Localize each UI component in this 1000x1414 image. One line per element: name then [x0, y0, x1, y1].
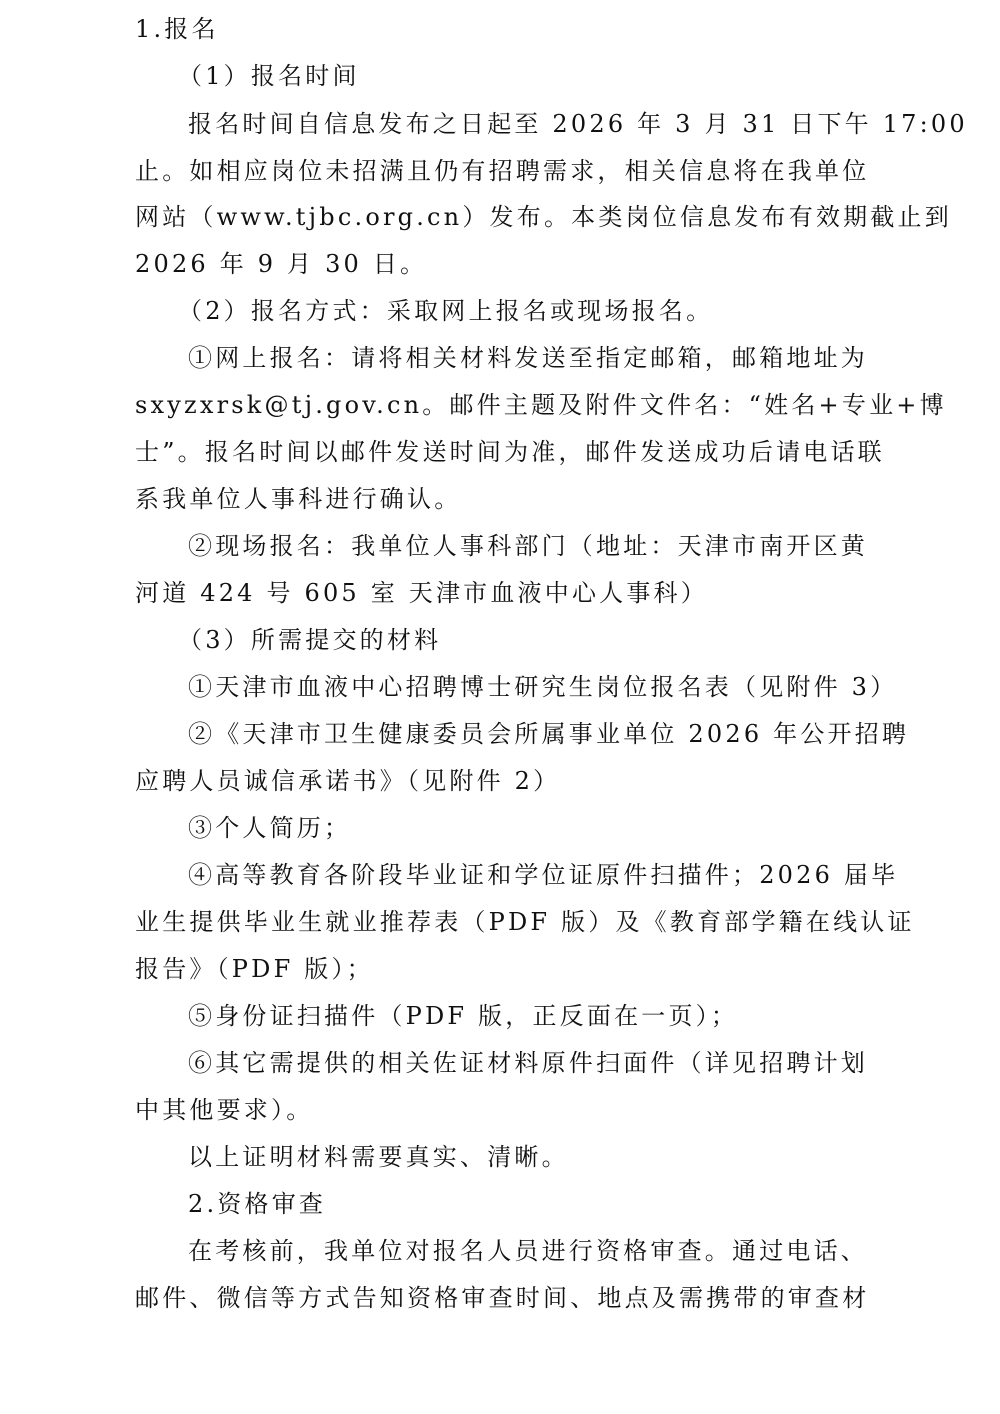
paragraph-line: 报名时间自信息发布之日起至 2026 年 3 月 31 日下午 17:00	[0, 100, 1000, 148]
subheading-registration-method: （2）报名方式：采取网上报名或现场报名。	[0, 287, 1000, 335]
section-heading-registration: 1.报名	[0, 5, 1000, 53]
paragraph-line: 网站（www.tjbc.org.cn）发布。本类岗位信息发布有效期截止到	[0, 193, 1000, 241]
material-text: ②《天津市卫生健康委员会所属事业单位 2026 年公开招聘	[188, 720, 909, 748]
paragraph-line: ①网上报名：请将相关材料发送至指定邮箱，邮箱地址为	[0, 334, 1000, 382]
material-text: ①天津市血液中心招聘博士研究生岗位报名表（见附件 3）	[188, 673, 897, 701]
material-item-cont: 应聘人员诚信承诺书》（见附件 2）	[0, 757, 1000, 805]
address-text: 河道 424 号 605 室 天津市血液中心人事科）	[135, 579, 708, 607]
email-address-text: sxyzxrsk@tj.gov.cn。邮件主题及附件文件名：“姓名+专业+博	[135, 391, 947, 419]
material-item: ④高等教育各阶段毕业证和学位证原件扫描件；2026 届毕	[0, 851, 1000, 899]
paragraph-text: ①网上报名：请将相关材料发送至指定邮箱，邮箱地址为	[188, 344, 868, 372]
website-link-text: 网站（www.tjbc.org.cn）发布。本类岗位信息发布有效期截止到	[135, 203, 952, 231]
paragraph-text: 2026 年 9 月 30 日。	[135, 250, 427, 278]
subheading-required-materials: （3）所需提交的材料	[0, 616, 1000, 664]
material-item: ⑤身份证扫描件（PDF 版，正反面在一页）；	[0, 992, 1000, 1040]
paragraph-line: 2026 年 9 月 30 日。	[0, 240, 1000, 288]
paragraph-text: ②现场报名：我单位人事科部门（地址：天津市南开区黄	[188, 532, 868, 560]
material-item: ②《天津市卫生健康委员会所属事业单位 2026 年公开招聘	[0, 710, 1000, 758]
paragraph-text: 系我单位人事科进行确认。	[135, 485, 461, 513]
material-text: 报告》（PDF 版）；	[135, 955, 374, 983]
material-text: ④高等教育各阶段毕业证和学位证原件扫描件；2026 届毕	[188, 861, 898, 889]
note-text: 以上证明材料需要真实、清晰。	[188, 1143, 569, 1171]
material-item: ③个人简历；	[0, 804, 1000, 852]
material-text: ③个人简历；	[188, 814, 351, 842]
material-item: ①天津市血液中心招聘博士研究生岗位报名表（见附件 3）	[0, 663, 1000, 711]
subheading-text: （3）所需提交的材料	[178, 626, 441, 654]
paragraph-line: ②现场报名：我单位人事科部门（地址：天津市南开区黄	[0, 522, 1000, 570]
material-item: ⑥其它需提供的相关佐证材料原件扫面件（详见招聘计划	[0, 1039, 1000, 1087]
subheading-registration-time: （1）报名时间	[0, 52, 1000, 100]
paragraph-text: 士”。报名时间以邮件发送时间为准，邮件发送成功后请电话联	[135, 438, 885, 466]
paragraph-line: 系我单位人事科进行确认。	[0, 475, 1000, 523]
material-item-cont: 业生提供毕业生就业推荐表（PDF 版）及《教育部学籍在线认证	[0, 898, 1000, 946]
section-heading-qualification-review: 2.资格审查	[0, 1180, 1000, 1228]
paragraph-line: 邮件、微信等方式告知资格审查时间、地点及需携带的审查材	[0, 1274, 1000, 1322]
paragraph-line: 士”。报名时间以邮件发送时间为准，邮件发送成功后请电话联	[0, 428, 1000, 476]
paragraph-text: 报名时间自信息发布之日起至 2026 年 3 月 31 日下午 17:00	[188, 110, 968, 138]
material-item-cont: 报告》（PDF 版）；	[0, 945, 1000, 993]
material-text: ⑤身份证扫描件（PDF 版，正反面在一页）；	[188, 1002, 738, 1030]
heading-text: 1.报名	[135, 15, 219, 43]
paragraph-line: sxyzxrsk@tj.gov.cn。邮件主题及附件文件名：“姓名+专业+博	[0, 381, 1000, 429]
subheading-text: （1）报名时间	[178, 62, 360, 90]
paragraph-text: 邮件、微信等方式告知资格审查时间、地点及需携带的审查材	[135, 1284, 869, 1312]
material-text: ⑥其它需提供的相关佐证材料原件扫面件（详见招聘计划	[188, 1049, 868, 1077]
paragraph-line: 河道 424 号 605 室 天津市血液中心人事科）	[0, 569, 1000, 617]
paragraph-text: 在考核前，我单位对报名人员进行资格审查。通过电话、	[188, 1237, 868, 1265]
heading-text: 2.资格审查	[188, 1190, 326, 1218]
paragraph-text: 止。如相应岗位未招满且仍有招聘需求，相关信息将在我单位	[135, 157, 869, 185]
paragraph-line: 止。如相应岗位未招满且仍有招聘需求，相关信息将在我单位	[0, 147, 1000, 195]
material-text: 业生提供毕业生就业推荐表（PDF 版）及《教育部学籍在线认证	[135, 908, 915, 936]
material-text: 中其他要求）。	[135, 1096, 313, 1124]
note-line: 以上证明材料需要真实、清晰。	[0, 1133, 1000, 1181]
paragraph-line: 在考核前，我单位对报名人员进行资格审查。通过电话、	[0, 1227, 1000, 1275]
subheading-text: （2）报名方式：采取网上报名或现场报名。	[178, 297, 713, 325]
material-item-cont: 中其他要求）。	[0, 1086, 1000, 1134]
material-text: 应聘人员诚信承诺书》（见附件 2）	[135, 767, 560, 795]
